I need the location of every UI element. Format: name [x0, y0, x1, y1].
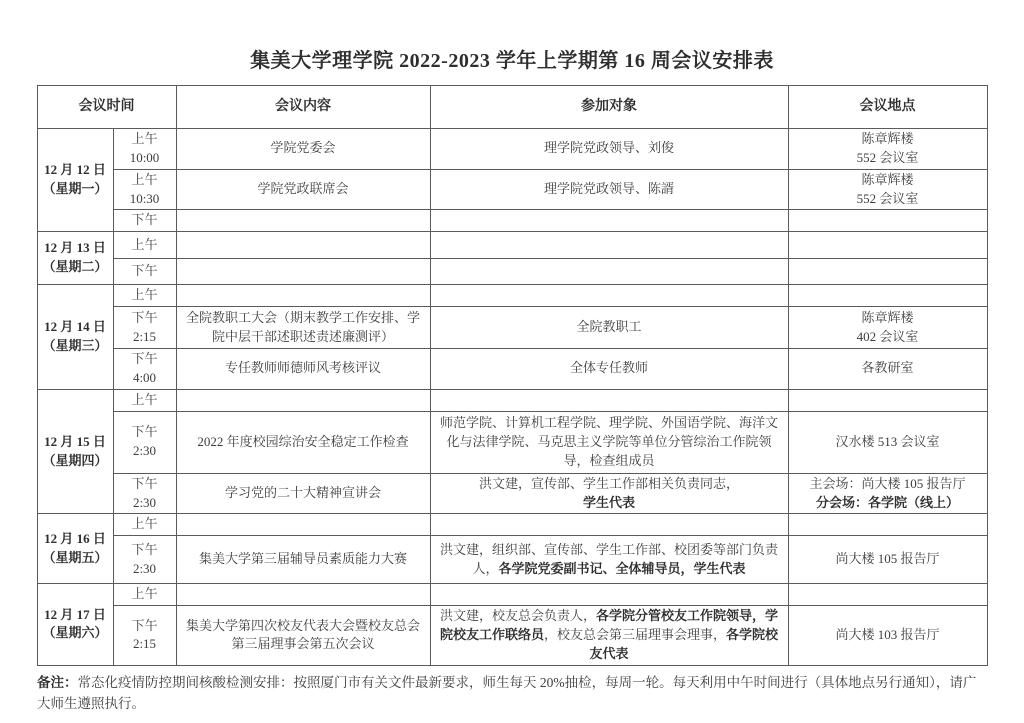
content-cell: 学院党委会	[176, 129, 430, 170]
page-title: 集美大学理学院 2022-2023 学年上学期第 16 周会议安排表	[0, 44, 1024, 73]
participants-cell	[430, 389, 788, 411]
table-row: 上午 10:30 学院党政联席会 理学院党政领导、陈諝 陈章辉楼 552 会议室	[37, 169, 987, 210]
location-cell: 各教研室	[788, 349, 987, 390]
content-cell	[176, 584, 430, 606]
table-row: 下午 2:30 集美大学第三届辅导员素质能力大赛 洪文建，组织部、宣传部、学生工…	[37, 536, 987, 584]
document-page: 集美大学理学院 2022-2023 学年上学期第 16 周会议安排表 会议时间 …	[0, 0, 1024, 723]
location-cell: 陈章辉楼 402 会议室	[788, 307, 987, 349]
table-row: 12 月 15 日 （星期四） 上午	[37, 389, 987, 411]
participants-cell	[430, 584, 788, 606]
time-cell: 下午 2:15	[113, 307, 176, 349]
col-header-participants: 参加对象	[430, 86, 788, 129]
content-cell: 专任教师师德师风考核评议	[176, 349, 430, 390]
content-cell	[176, 259, 430, 285]
content-cell: 学习党的二十大精神宣讲会	[176, 473, 430, 514]
time-cell: 上午	[113, 285, 176, 307]
time-cell: 上午	[113, 514, 176, 536]
location-cell: 汉水楼 513 会议室	[788, 411, 987, 473]
table-row: 12 月 17 日 （星期六） 上午	[37, 584, 987, 606]
col-header-location: 会议地点	[788, 86, 987, 129]
table-row: 下午 4:00 专任教师师德师风考核评议 全体专任教师 各教研室	[37, 349, 987, 390]
location-cell: 主会场：尚大楼 105 报告厅分会场：各学院（线上）	[788, 473, 987, 514]
content-cell: 全院教职工大会（期末教学工作安排、学院中层干部述职述责述廉测评）	[176, 307, 430, 349]
time-cell: 下午 4:00	[113, 349, 176, 390]
time-cell: 下午 2:30	[113, 411, 176, 473]
participants-cell: 洪文建，校友总会负责人，各学院分管校友工作院领导，学院校友工作联络员，校友总会第…	[430, 606, 788, 666]
date-cell: 12 月 15 日 （星期四）	[37, 389, 113, 514]
time-cell: 下午	[113, 210, 176, 232]
table-row: 12 月 12 日 （星期一） 上午 10:00 学院党委会 理学院党政领导、刘…	[37, 129, 987, 170]
col-header-meeting-time: 会议时间	[37, 86, 176, 129]
time-cell: 下午 2:30	[113, 536, 176, 584]
location-cell: 尚大楼 103 报告厅	[788, 606, 987, 666]
time-cell: 上午 10:30	[113, 169, 176, 210]
participants-cell: 全院教职工	[430, 307, 788, 349]
table-row: 下午 2:30 2022 年度校园综治安全稳定工作检查 师范学院、计算机工程学院…	[37, 411, 987, 473]
table-row: 下午 2:15 集美大学第四次校友代表大会暨校友总会第三届理事会第五次会议 洪文…	[37, 606, 987, 666]
location-cell	[788, 584, 987, 606]
location-cell: 陈章辉楼 552 会议室	[788, 129, 987, 170]
header-row: 会议时间 会议内容 参加对象 会议地点	[37, 86, 987, 129]
content-cell: 学院党政联席会	[176, 169, 430, 210]
participants-cell: 洪文建，宣传部、学生工作部相关负责同志，学生代表	[430, 473, 788, 514]
location-cell	[788, 259, 987, 285]
content-cell: 集美大学第三届辅导员素质能力大赛	[176, 536, 430, 584]
location-cell	[788, 232, 987, 259]
participants-cell	[430, 285, 788, 307]
table-row: 12 月 13 日 （星期二） 上午	[37, 232, 987, 259]
col-header-meeting-content: 会议内容	[176, 86, 430, 129]
footer-note: 备注：常态化疫情防控期间核酸检测安排：按照厦门市有关文件最新要求，师生每天 20…	[37, 673, 987, 715]
time-cell: 下午	[113, 259, 176, 285]
table-row: 下午 2:30 学习党的二十大精神宣讲会 洪文建，宣传部、学生工作部相关负责同志…	[37, 473, 987, 514]
location-cell	[788, 514, 987, 536]
location-cell: 陈章辉楼 552 会议室	[788, 169, 987, 210]
date-cell: 12 月 12 日 （星期一）	[37, 129, 113, 232]
participants-cell: 理学院党政领导、刘俊	[430, 129, 788, 170]
participants-cell	[430, 210, 788, 232]
time-cell: 上午	[113, 232, 176, 259]
content-cell: 集美大学第四次校友代表大会暨校友总会第三届理事会第五次会议	[176, 606, 430, 666]
time-cell: 上午 10:00	[113, 129, 176, 170]
location-cell: 尚大楼 105 报告厅	[788, 536, 987, 584]
table-row: 12 月 14 日 （星期三） 上午	[37, 285, 987, 307]
time-cell: 上午	[113, 389, 176, 411]
table-row: 下午	[37, 210, 987, 232]
participants-cell: 师范学院、计算机工程学院、理学院、外国语学院、海洋文化与法律学院、马克思主义学院…	[430, 411, 788, 473]
content-cell	[176, 389, 430, 411]
content-cell	[176, 285, 430, 307]
content-cell	[176, 514, 430, 536]
content-cell	[176, 210, 430, 232]
time-cell: 上午	[113, 584, 176, 606]
meeting-schedule-table: 会议时间 会议内容 参加对象 会议地点 12 月 12 日 （星期一） 上午 1…	[37, 85, 988, 666]
participants-cell: 全体专任教师	[430, 349, 788, 390]
location-cell	[788, 210, 987, 232]
date-cell: 12 月 14 日 （星期三）	[37, 285, 113, 390]
table-row: 12 月 16 日 （星期五） 上午	[37, 514, 987, 536]
participants-cell	[430, 232, 788, 259]
content-cell	[176, 232, 430, 259]
participants-cell	[430, 259, 788, 285]
location-cell	[788, 285, 987, 307]
date-cell: 12 月 17 日 （星期六）	[37, 584, 113, 665]
table-row: 下午 2:15 全院教职工大会（期末教学工作安排、学院中层干部述职述责述廉测评）…	[37, 307, 987, 349]
participants-cell: 洪文建，组织部、宣传部、学生工作部、校团委等部门负责人，各学院党委副书记、全体辅…	[430, 536, 788, 584]
time-cell: 下午 2:30	[113, 473, 176, 514]
table-row: 下午	[37, 259, 987, 285]
date-cell: 12 月 16 日 （星期五）	[37, 514, 113, 584]
participants-cell	[430, 514, 788, 536]
time-cell: 下午 2:15	[113, 606, 176, 666]
location-cell	[788, 389, 987, 411]
content-cell: 2022 年度校园综治安全稳定工作检查	[176, 411, 430, 473]
participants-cell: 理学院党政领导、陈諝	[430, 169, 788, 210]
date-cell: 12 月 13 日 （星期二）	[37, 232, 113, 285]
